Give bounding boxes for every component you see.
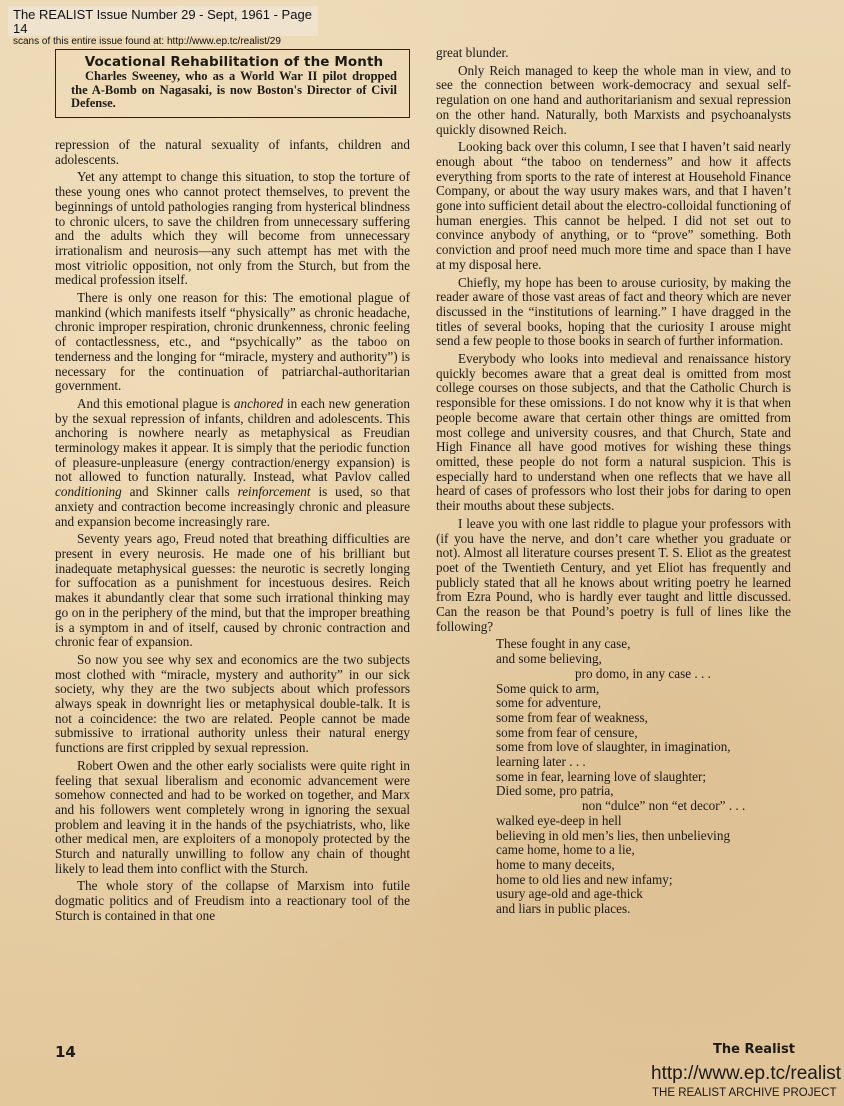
poem-line: pro domo, in any case . . . xyxy=(496,667,791,682)
paragraph: Yet any attempt to change this situation… xyxy=(55,170,410,288)
poem-quote: These fought in any case, and some belie… xyxy=(496,637,791,916)
poem-line: Died some, pro patria, xyxy=(496,784,791,799)
footer-url-link[interactable]: http://www.ep.tc/realist xyxy=(651,1063,841,1085)
poem-line: some from love of slaughter, in imaginat… xyxy=(496,740,791,755)
poem-line: These fought in any case, xyxy=(496,637,791,652)
paragraph: So now you see why sex and economics are… xyxy=(55,653,410,756)
page-number: 14 xyxy=(55,1043,76,1061)
footer-brand: The Realist xyxy=(713,1042,795,1057)
poem-line: Some quick to arm, xyxy=(496,682,791,697)
paragraph: I leave you with one last riddle to plag… xyxy=(436,517,791,635)
archive-header-source-link[interactable]: scans of this entire issue found at: htt… xyxy=(13,36,318,48)
poem-line: came home, home to a lie, xyxy=(496,843,791,858)
sidebar-box-body: Charles Sweeney, who as a World War II p… xyxy=(71,70,397,111)
poem-line: walked eye-deep in hell xyxy=(496,814,791,829)
paragraph: great blunder. xyxy=(436,46,791,61)
footer-project-label: THE REALIST ARCHIVE PROJECT xyxy=(652,1087,836,1099)
poem-line: home to many deceits, xyxy=(496,858,791,873)
paragraph: Chiefly, my hope has been to arouse curi… xyxy=(436,276,791,350)
paragraph: Seventy years ago, Freud noted that brea… xyxy=(55,532,410,650)
poem-line: home to old lies and new infamy; xyxy=(496,873,791,888)
paragraph: The whole story of the collapse of Marxi… xyxy=(55,879,410,923)
paragraph: repression of the natural sexuality of i… xyxy=(55,138,410,167)
paragraph: Only Reich managed to keep the whole man… xyxy=(436,64,791,138)
poem-line: some from fear of censure, xyxy=(496,726,791,741)
sidebar-box: Vocational Rehabilitation of the Month C… xyxy=(55,49,410,118)
poem-line: learning later . . . xyxy=(496,755,791,770)
paragraph: And this emotional plague is anchored in… xyxy=(55,397,410,529)
archive-header: The REALIST Issue Number 29 - Sept, 1961… xyxy=(8,6,318,36)
poem-line: non “dulce” non “et decor” . . . xyxy=(496,799,791,814)
paragraph: Looking back over this column, I see tha… xyxy=(436,140,791,272)
poem-line: some in fear, learning love of slaughter… xyxy=(496,770,791,785)
left-column: repression of the natural sexuality of i… xyxy=(55,138,410,927)
poem-line: believing in old men’s lies, then unbeli… xyxy=(496,829,791,844)
poem-line: and some believing, xyxy=(496,652,791,667)
sidebar-box-title: Vocational Rehabilitation of the Month xyxy=(71,54,397,70)
paragraph: Everybody who looks into medieval and re… xyxy=(436,352,791,514)
archive-header-title: The REALIST Issue Number 29 - Sept, 1961… xyxy=(13,8,318,36)
paragraph: There is only one reason for this: The e… xyxy=(55,291,410,394)
poem-line: some from fear of weakness, xyxy=(496,711,791,726)
right-column: great blunder. Only Reich managed to kee… xyxy=(436,46,791,917)
paragraph: Robert Owen and the other early socialis… xyxy=(55,759,410,877)
poem-line: some for adventure, xyxy=(496,696,791,711)
poem-line: usury age-old and age-thick xyxy=(496,887,791,902)
poem-line: and liars in public places. xyxy=(496,902,791,917)
